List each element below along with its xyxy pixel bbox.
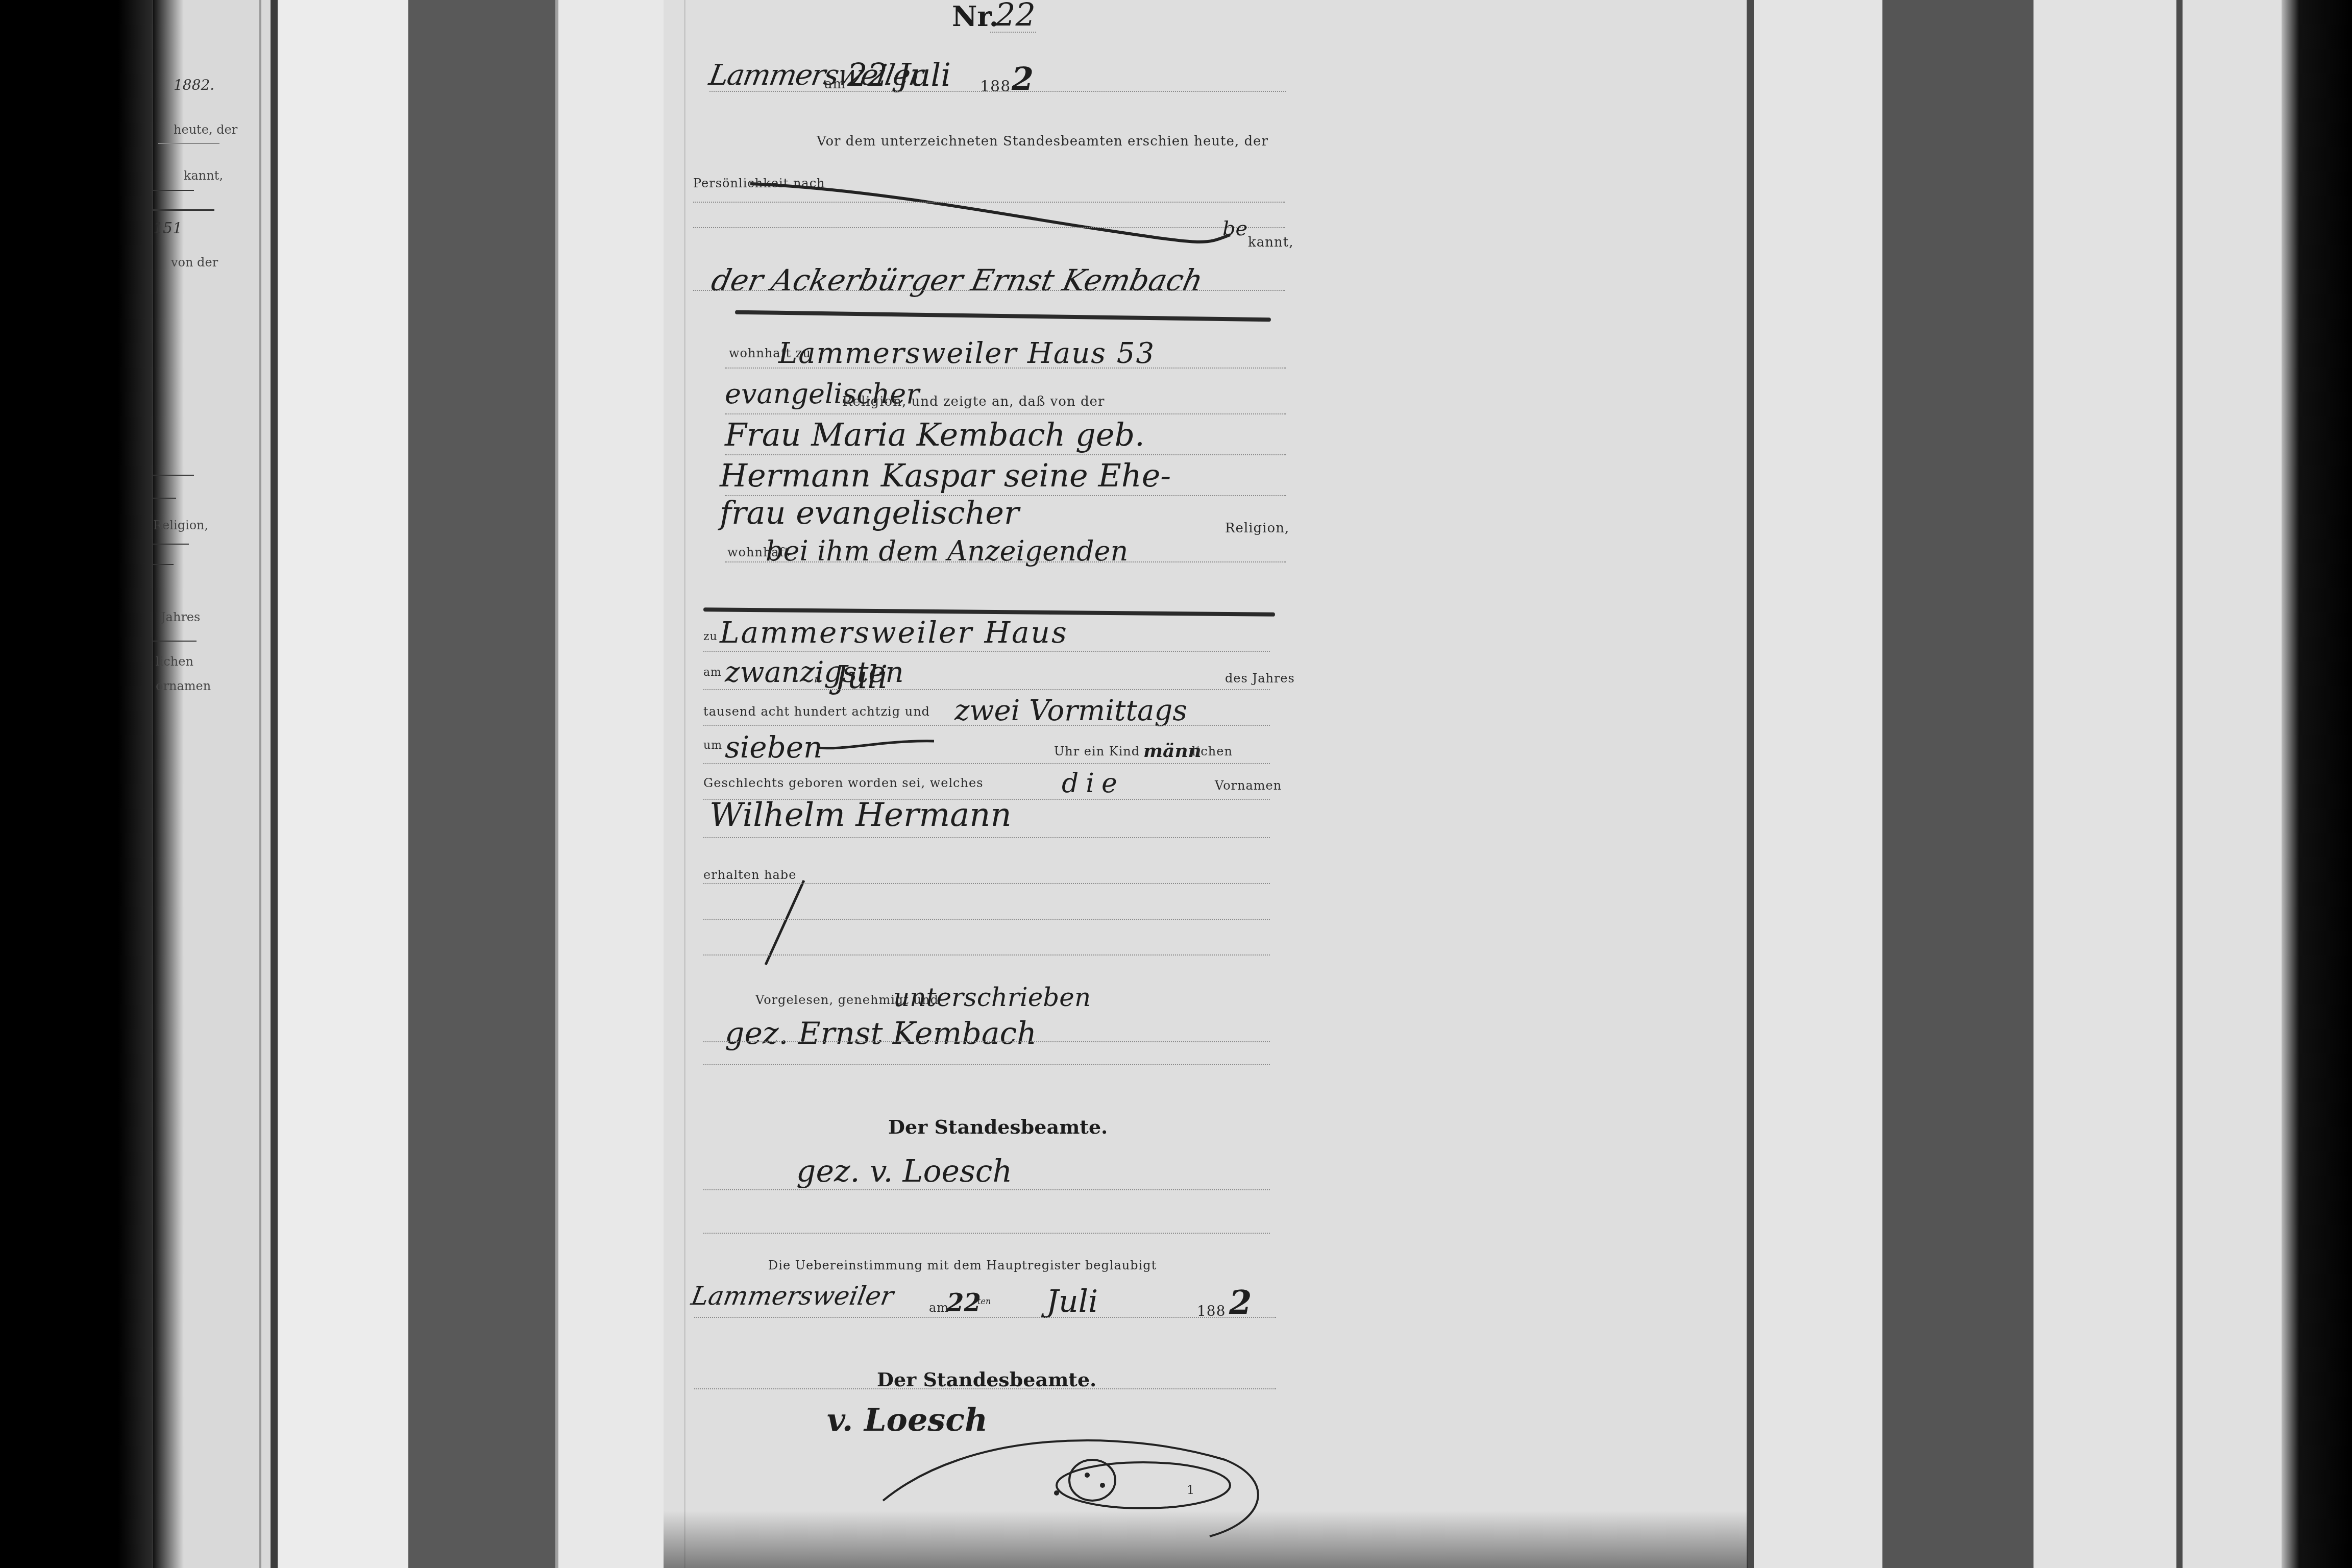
geschlechts-line: Geschlechts geboren worden sei, welches [703, 776, 984, 790]
bekannt-suffix: kannt, [1248, 235, 1293, 250]
header-date: 22 Juli [847, 56, 951, 93]
residence: Lammersweiler Haus 53 [778, 337, 1155, 370]
light-strip-right-3 [2183, 0, 2293, 1568]
certification-day-suffix: ten [977, 1296, 991, 1306]
right-border-line [1747, 0, 1754, 1568]
dotline [693, 227, 1285, 228]
mother-line-3: frau evangelischer [720, 494, 1019, 531]
certification-place: Lammersweiler [689, 1281, 896, 1311]
strip-edge-line [555, 0, 558, 1568]
bekannt-prefix: be [1222, 217, 1247, 240]
dotline [725, 367, 1286, 369]
left-page-ink-stroke [153, 544, 189, 545]
dotline [703, 763, 1270, 764]
informant-signature: gez. Ernst Kembach [725, 1016, 1037, 1051]
sex-suffix: lichen [1192, 744, 1233, 758]
uhr-kind-label: Uhr ein Kind [1054, 744, 1140, 758]
dark-gray-strip [408, 0, 555, 1568]
welches-text: die [1062, 768, 1124, 799]
dotline [703, 837, 1270, 838]
left-page-ink-stroke [153, 564, 174, 565]
birth-day-suffix: n [814, 673, 821, 685]
certification-year-handwritten: 2 [1229, 1284, 1252, 1322]
left-page-ink-stroke [153, 641, 197, 642]
dotline [703, 725, 1270, 726]
left-page-ink-stroke [153, 475, 194, 476]
left-page-rule [158, 143, 219, 144]
religion-label: Religion, [1225, 521, 1289, 536]
entry-number-label: Nr. [952, 0, 999, 33]
official-title: Der Standesbeamte. [888, 1115, 1108, 1138]
certification-statement: Die Uebereinstimmung mit dem Hauptregist… [768, 1258, 1157, 1272]
hour-dash-stroke [817, 735, 944, 755]
white-strip [278, 0, 408, 1568]
header-am-label: am [824, 77, 846, 92]
dotline [703, 651, 1270, 652]
page-fold-line [684, 0, 685, 1568]
dotline [703, 689, 1270, 690]
header-year-printed: 188 [980, 78, 1011, 95]
film-black-edge-right [2282, 0, 2352, 1568]
dotline [693, 290, 1285, 291]
closing-slash-stroke [755, 878, 817, 970]
left-page-year: 1882. [174, 77, 214, 93]
text-vor-dem: Vor dem unterzeichneten Standesbeamten e… [817, 134, 1268, 149]
certification-am-label: am [929, 1301, 949, 1315]
left-page-ink-stroke [153, 498, 176, 499]
given-names: Wilhelm Hermann [709, 796, 1012, 834]
official-signature: gez. v. Loesch [796, 1154, 1012, 1189]
light-strip-right [1754, 0, 1882, 1568]
left-page-lichen: lichen [156, 654, 193, 669]
left-page-von-der: von der [171, 255, 218, 269]
dotline [703, 919, 1270, 920]
right-thin-line [2176, 0, 2183, 1568]
certification-official-title: Der Standesbeamte. [877, 1368, 1096, 1391]
cancel-stroke [745, 174, 1322, 255]
religion-line: Religion, und zeigte an, daß von der [842, 394, 1105, 409]
left-page-heute-der: heute, der [174, 122, 237, 137]
dotline [703, 1189, 1270, 1190]
dark-gray-strip-right [1882, 0, 2033, 1568]
dotline [703, 1233, 1270, 1234]
left-page-ink-stroke [153, 190, 194, 191]
dotline [703, 883, 1270, 884]
mother-line-2: Hermann Kaspar seine Ehe- [720, 457, 1171, 494]
left-page-kannt: kannt, [184, 168, 223, 183]
left-page-border-line [271, 0, 278, 1568]
dotline [693, 202, 1285, 203]
birth-month: Juli [835, 658, 888, 696]
flourish-mark: 1 [1187, 1483, 1195, 1497]
left-page-jahres: Jahres [161, 610, 200, 624]
vornamen-label: Vornamen [1215, 778, 1282, 793]
am-label: am [703, 666, 722, 679]
left-page-vornamen: ornamen [156, 679, 211, 693]
informant-name: der Ackerbürger Ernst Kembach [708, 263, 1206, 298]
header-dotline [709, 91, 1286, 92]
entry-number: 22 [995, 0, 1036, 33]
year-words-handwritten: zwei Vormittags [954, 694, 1187, 727]
birth-hour: sieben [725, 730, 822, 765]
um-label: um [703, 739, 722, 752]
left-page-rule [153, 209, 214, 211]
left-page-religion: Religion, [153, 518, 208, 532]
year-words-label: tausend acht hundert achtzig und [703, 704, 930, 719]
dotline [725, 454, 1286, 455]
certification-month: Juli [1046, 1284, 1098, 1319]
zu-label: zu [703, 630, 718, 643]
dotline [725, 413, 1286, 414]
certification-day: 22 [947, 1289, 981, 1317]
dotline [703, 1041, 1270, 1042]
unterschrieben-text: unterschrieben [893, 983, 1091, 1012]
left-page-house-number: 151 [153, 219, 182, 237]
header-year-handwritten: 2 [1012, 60, 1034, 97]
birth-place: Lammersweiler Haus [720, 615, 1068, 650]
page-bottom-shadow [664, 1511, 1748, 1568]
light-strip-right-2 [2033, 0, 2176, 1568]
dotline [694, 1317, 1276, 1318]
film-black-edge-left [0, 0, 168, 1568]
left-page-margin-line [259, 0, 261, 1568]
entry-number-line [990, 32, 1036, 33]
mother-line-1: Frau Maria Kembach geb. [725, 416, 1145, 453]
dotline [703, 954, 1270, 955]
light-strip [555, 0, 664, 1568]
des-jahres-label: des Jahres [1225, 671, 1295, 685]
dotline [725, 561, 1286, 562]
dotline [703, 1064, 1270, 1065]
